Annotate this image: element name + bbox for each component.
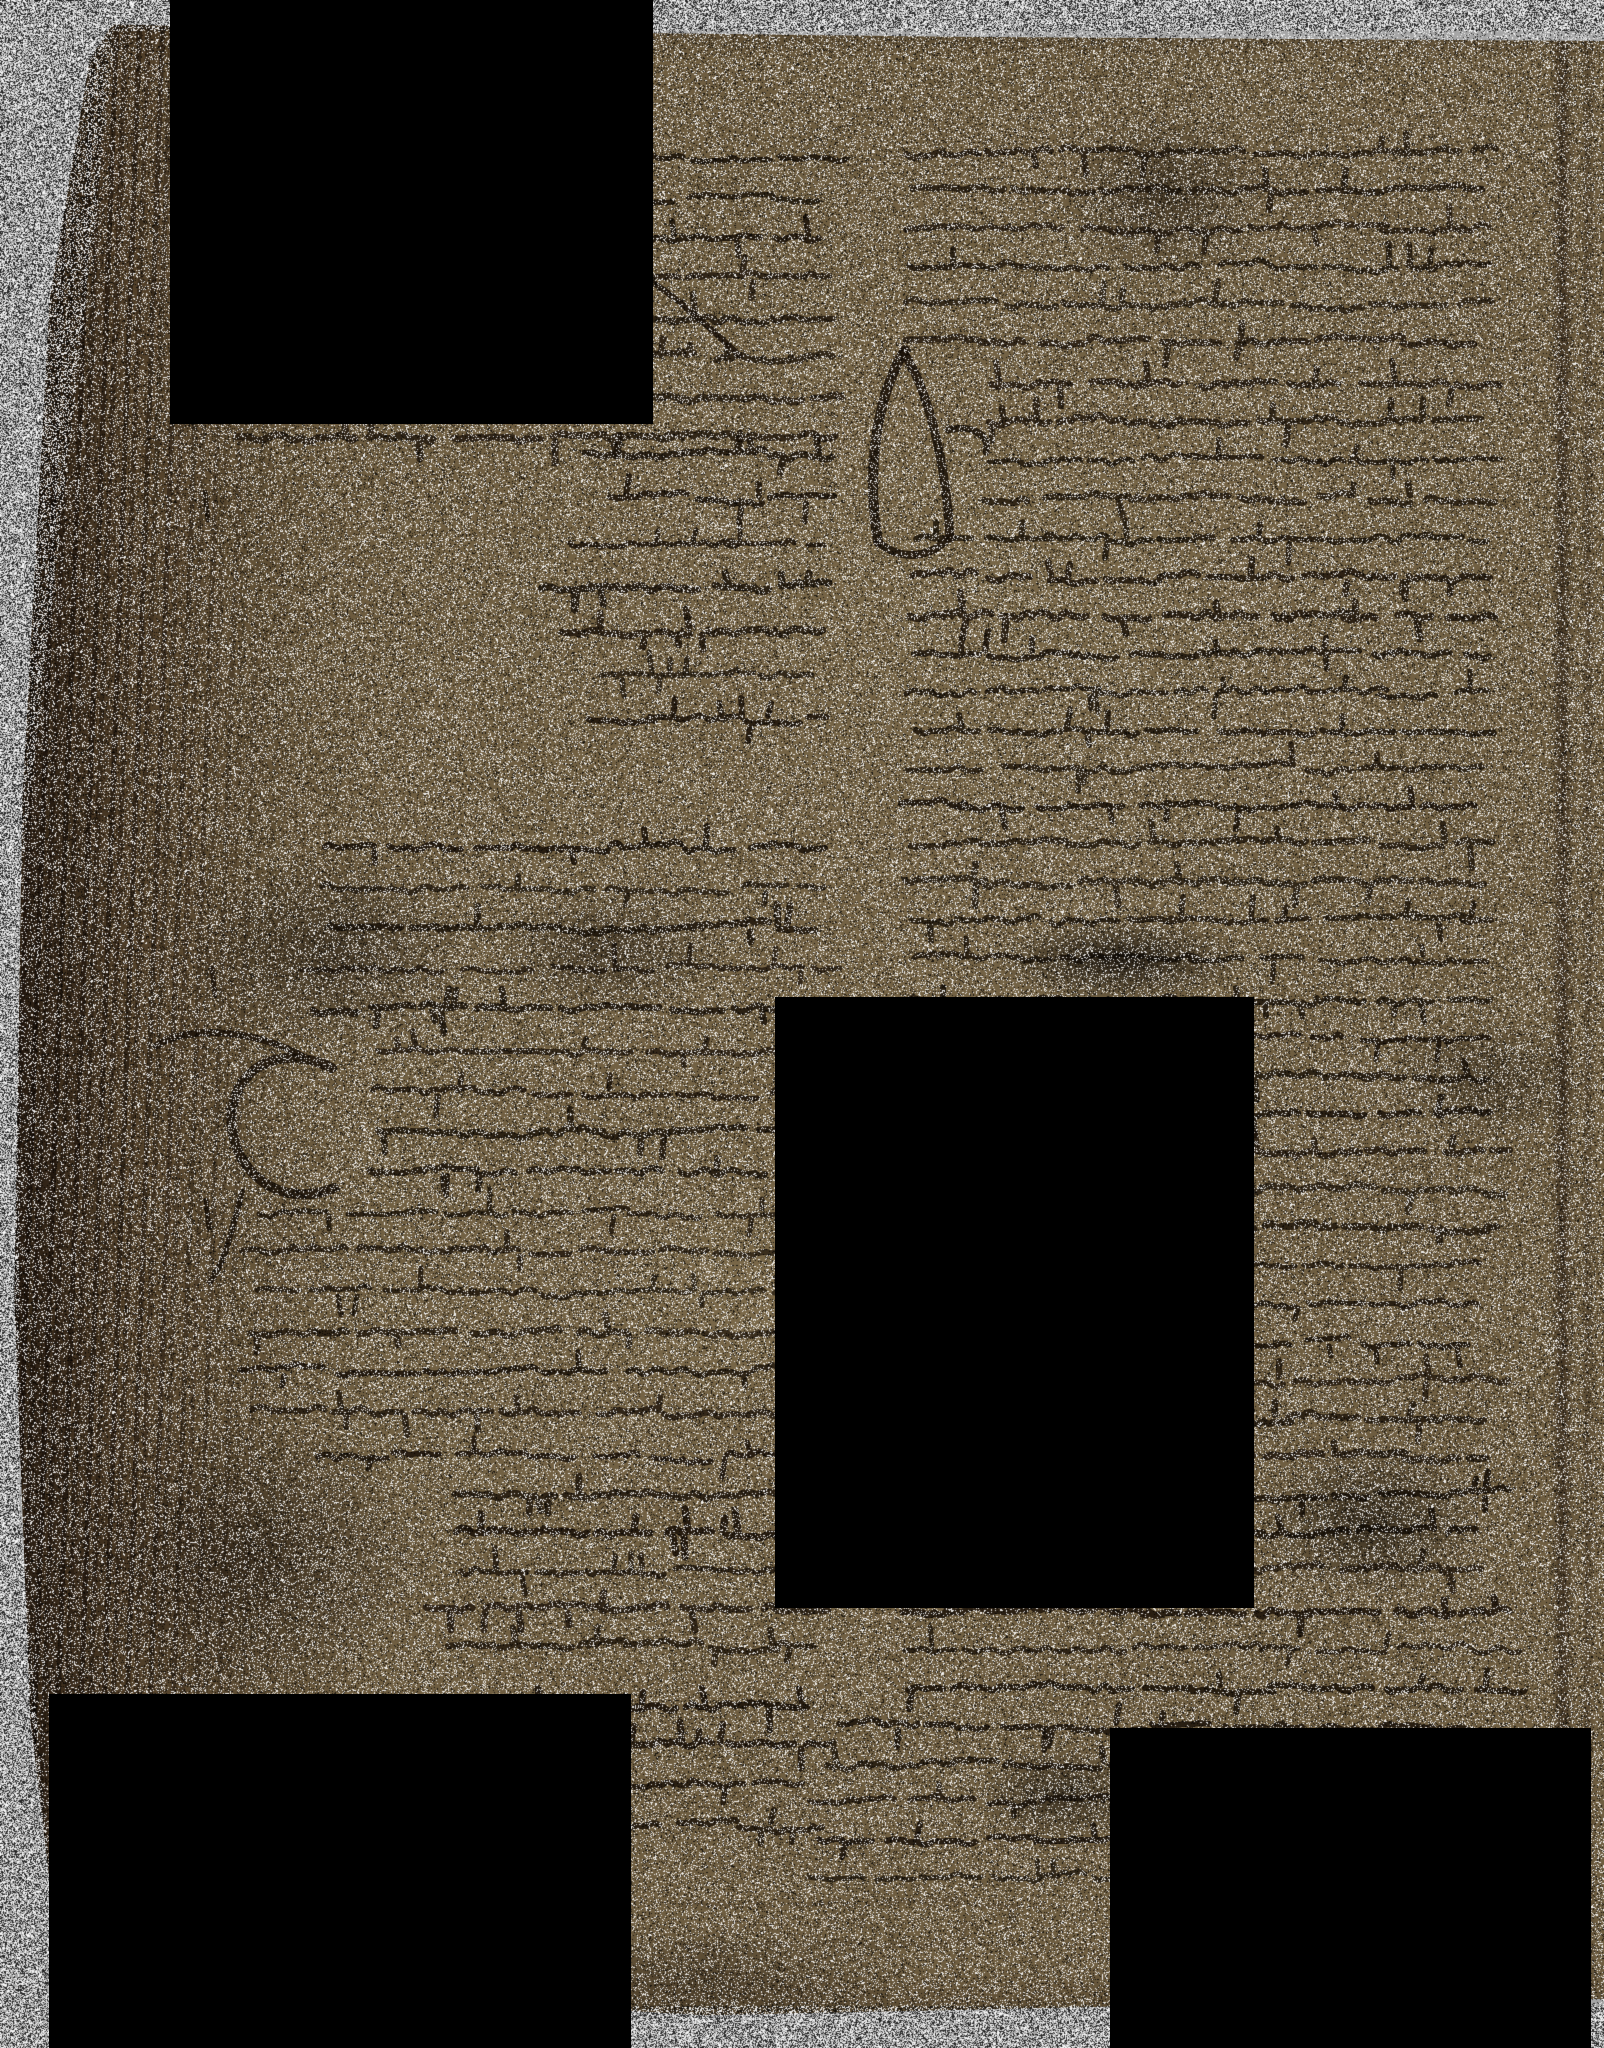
redaction-box-4 <box>1110 1728 1591 2048</box>
redaction-box-1 <box>170 0 653 424</box>
manuscript-photo <box>0 0 1604 2048</box>
redaction-box-3 <box>49 1694 631 2048</box>
redaction-box-2 <box>775 997 1254 1608</box>
